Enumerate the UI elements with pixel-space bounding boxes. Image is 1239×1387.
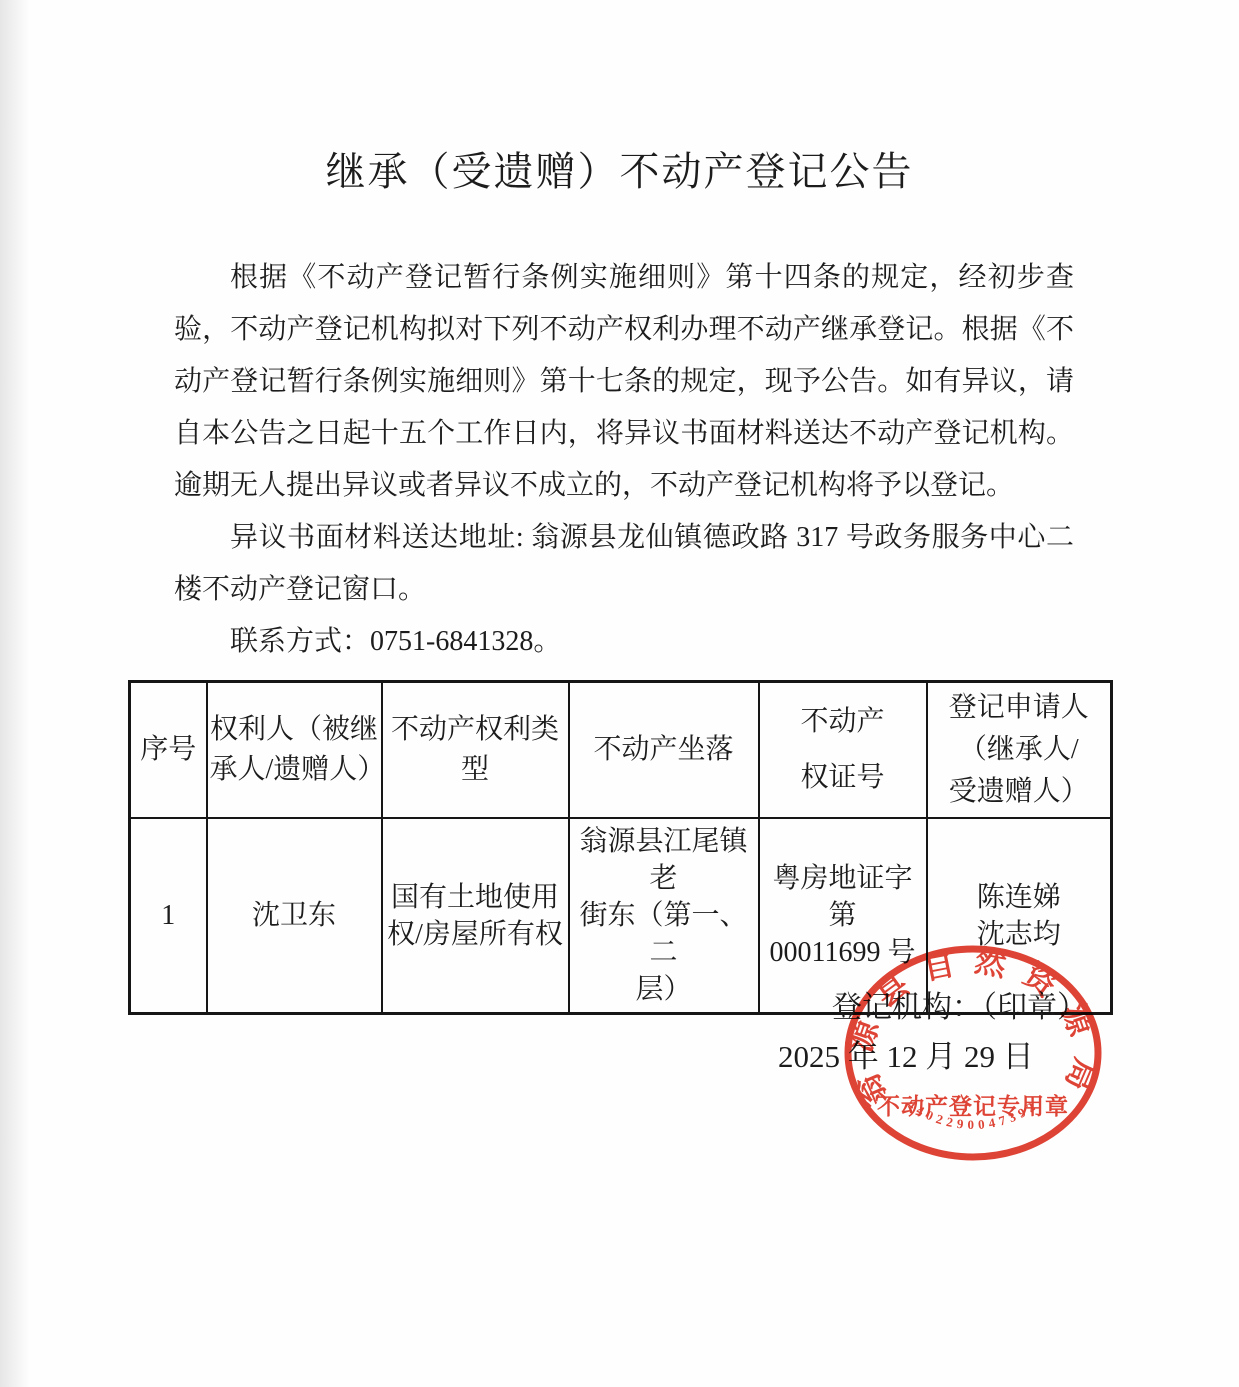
cell-serial: 1 [130, 818, 207, 1014]
seal-banner-text: 不动产登记专用章 [877, 1093, 1069, 1119]
page-title: 继承（受遗赠）不动产登记公告 [0, 140, 1239, 197]
header-cell-serial: 序号 [130, 682, 207, 819]
header-cell-cert-no: 不动产 权证号 [759, 682, 927, 819]
paragraph-contact: 联系方式：0751-6841328。 [174, 616, 1074, 668]
announcement-page: 继承（受遗赠）不动产登记公告 根据《不动产登记暂行条例实施细则》第十四条的规定，… [0, 0, 1239, 1387]
header-cell-applicant: 登记申请人 （继承人/ 受遗赠人） [927, 682, 1112, 819]
header-cell-rightholder: 权利人（被继 承人/遗赠人） [207, 682, 382, 819]
table-header-row: 序号 权利人（被继 承人/遗赠人） 不动产权利类 型 不动产坐落 不动产 权证号… [130, 682, 1112, 819]
seal-arc-text: 翁源县自然资源局 [842, 943, 1103, 1112]
official-seal: 翁源县自然资源局 不动产登记专用章 4402290047392 [840, 941, 1106, 1165]
header-cell-right-type: 不动产权利类 型 [382, 682, 569, 819]
cell-rightholder: 沈卫东 [207, 818, 382, 1014]
svg-text:翁源县自然资源局: 翁源县自然资源局 [842, 943, 1103, 1112]
body-text: 根据《不动产登记暂行条例实施细则》第十四条的规定，经初步查验，不动产登记机构拟对… [174, 252, 1074, 668]
paragraph-legal-basis: 根据《不动产登记暂行条例实施细则》第十四条的规定，经初步查验，不动产登记机构拟对… [174, 252, 1074, 512]
header-cell-location: 不动产坐落 [569, 682, 759, 819]
paragraph-objection-address: 异议书面材料送达地址: 翁源县龙仙镇德政路 317 号政务服务中心二楼不动产登记… [174, 512, 1074, 616]
cell-right-type: 国有土地使用 权/房屋所有权 [382, 818, 569, 1014]
cell-location: 翁源县江尾镇老 街东（第一、二 层） [569, 818, 759, 1014]
